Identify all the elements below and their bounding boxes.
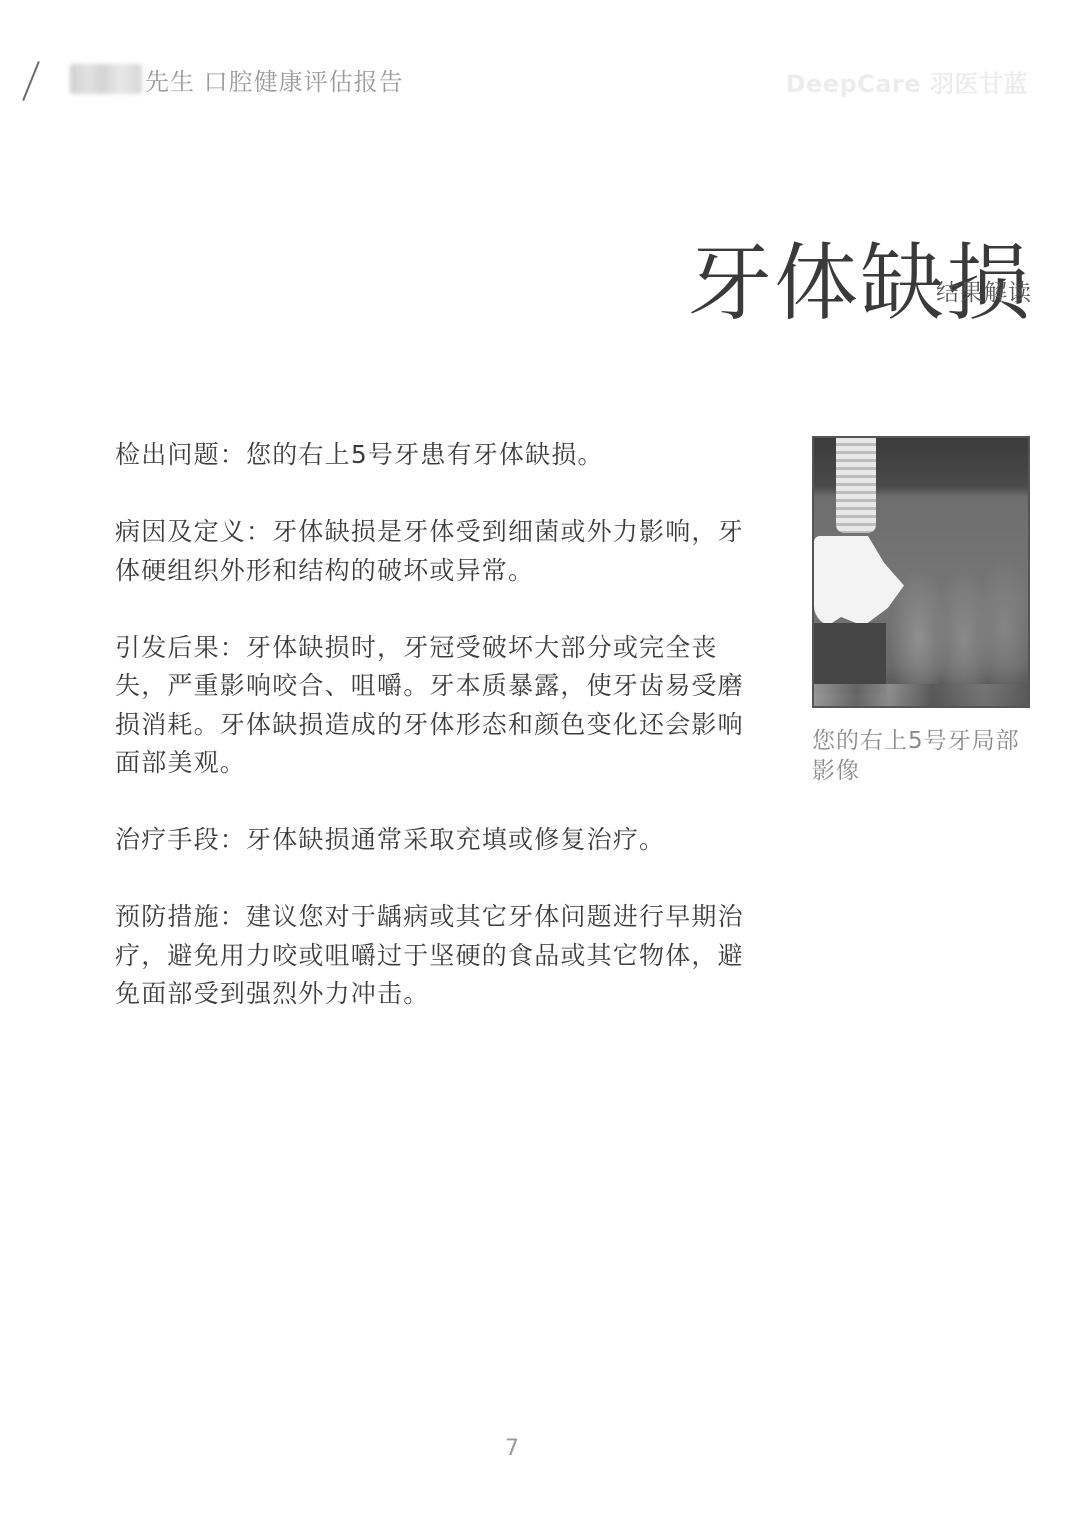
section-cause-definition: 病因及定义：牙体缺损是牙体受到细菌或外力影响，牙体硬组织外形和结构的破坏或异常。 xyxy=(115,513,765,590)
xray-image xyxy=(812,436,1030,708)
section-label: 预防措施： xyxy=(115,902,246,931)
section-consequences: 引发后果：牙体缺损时，牙冠受破坏大部分或完全丧失，严重影响咬合、咀嚼。牙本质暴露… xyxy=(115,629,765,783)
section-treatment: 治疗手段：牙体缺损通常采取充填或修复治疗。 xyxy=(115,821,765,860)
section-label: 治疗手段： xyxy=(115,825,246,854)
xray-crown-shape xyxy=(814,536,904,626)
report-title: 先生 口腔健康评估报告 xyxy=(145,62,404,97)
page-subtitle: 结果解读 xyxy=(936,274,1032,307)
xray-gap-shape xyxy=(814,623,886,693)
section-detected-problem: 检出问题：您的右上5号牙患有牙体缺损。 xyxy=(115,436,765,475)
xray-lower-teeth-shape xyxy=(814,684,1028,706)
page-number: 7 xyxy=(0,1436,1024,1461)
section-label: 引发后果： xyxy=(115,633,246,662)
section-label: 病因及定义： xyxy=(115,517,272,546)
xray-figure: 您的右上5号牙局部影像 xyxy=(812,436,1030,786)
patient-name-redacted xyxy=(70,64,142,94)
section-text: 牙体缺损通常采取充填或修复治疗。 xyxy=(246,825,665,854)
section-text: 您的右上5号牙患有牙体缺损。 xyxy=(246,440,604,469)
figure-caption: 您的右上5号牙局部影像 xyxy=(812,726,1030,786)
brand-logo: DeepCare 羽医甘蓝 xyxy=(786,64,1028,99)
header-slash-decoration xyxy=(22,61,40,101)
xray-implant-shape xyxy=(836,438,876,533)
section-label: 检出问题： xyxy=(115,440,246,469)
findings-content: 检出问题：您的右上5号牙患有牙体缺损。 病因及定义：牙体缺损是牙体受到细菌或外力… xyxy=(115,436,765,1052)
section-prevention: 预防措施：建议您对于龋病或其它牙体问题进行早期治疗，避免用力咬或咀嚼过于坚硬的食… xyxy=(115,898,765,1014)
